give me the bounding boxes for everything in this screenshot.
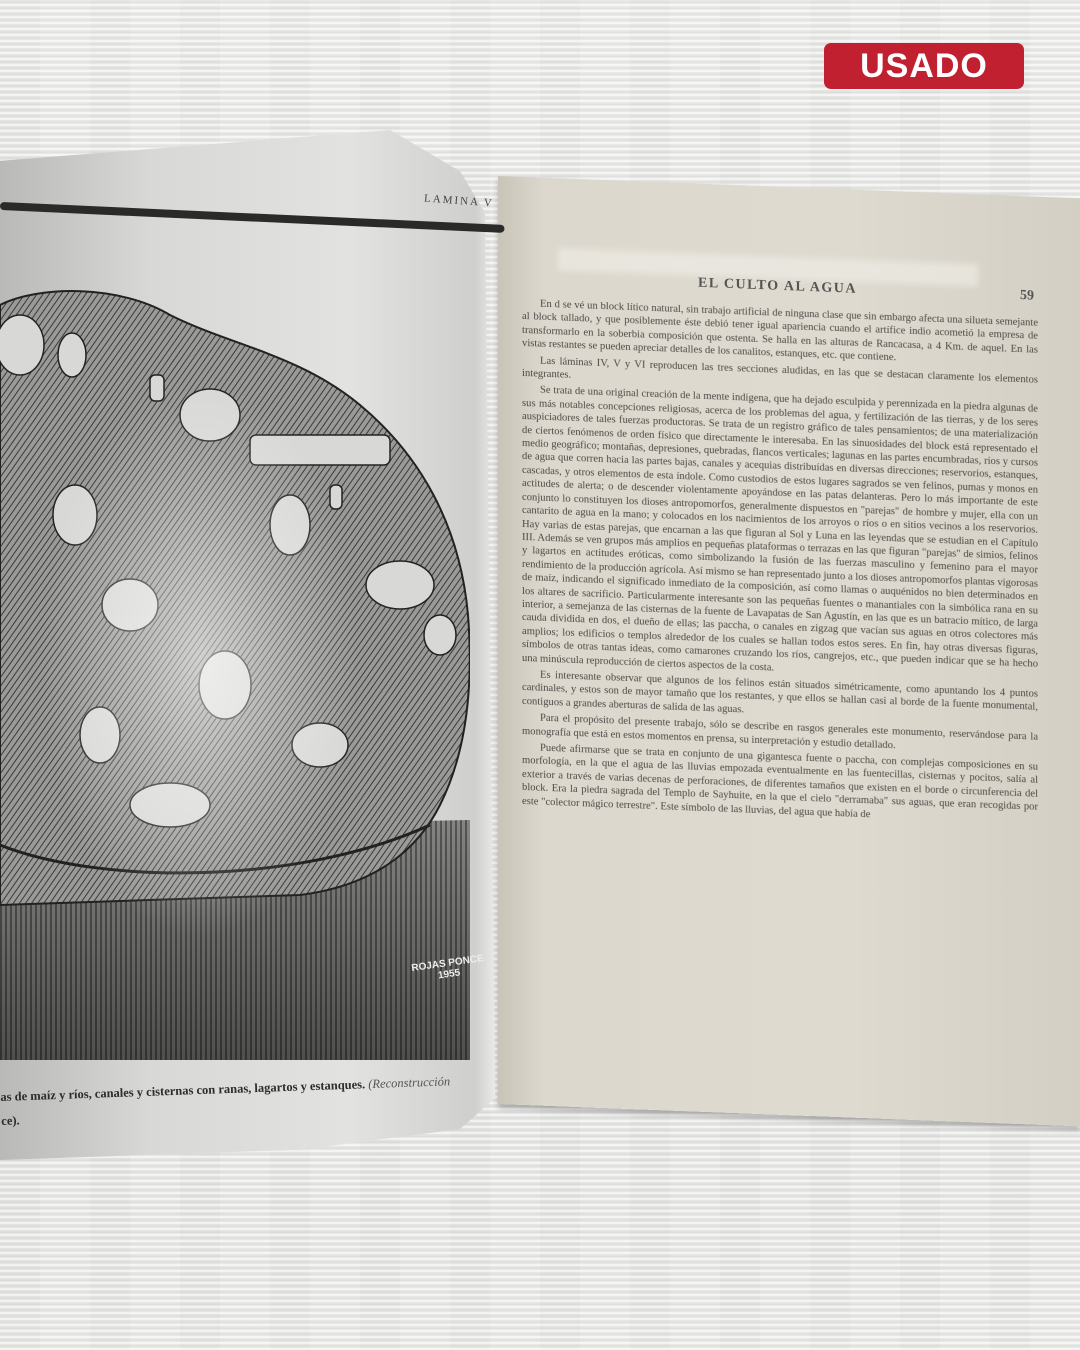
right-book-page: EL CULTO AL AGUA 59 En d se vé un block …: [498, 176, 1080, 1126]
caption-italic: (Reconstrucción: [368, 1074, 450, 1091]
badge-label: USADO: [860, 47, 988, 86]
page-number: 59: [1020, 288, 1034, 305]
page-body-text: En d se vé un block lítico natural, sin …: [522, 297, 1038, 828]
paragraph: Se trata de una original creación de la …: [522, 383, 1038, 684]
used-condition-badge: USADO: [824, 43, 1024, 89]
light-glare: [40, 380, 360, 940]
